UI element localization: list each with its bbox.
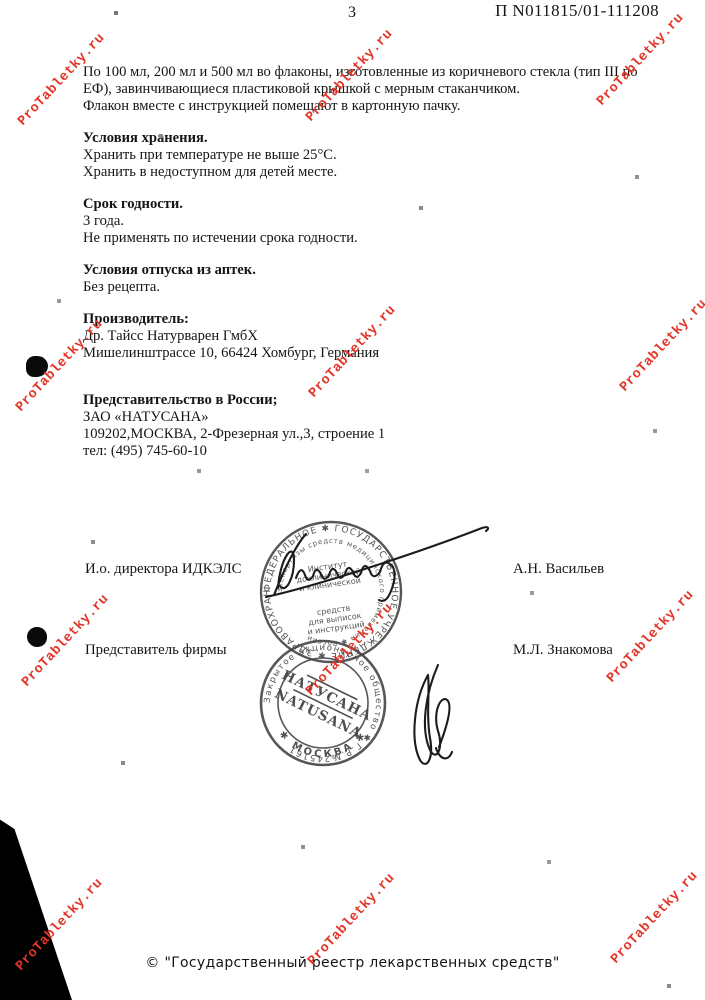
text-line: тел: (495) 745-60-10 xyxy=(83,443,663,460)
document-section: Условия отпуска из аптек.Без рецепта. xyxy=(83,262,663,296)
text-line: Флакон вместе с инструкцией помещают в к… xyxy=(83,98,663,115)
signature-stroke xyxy=(414,675,431,764)
document-section: Условия хранения.Хранить при температуре… xyxy=(83,130,663,181)
document-text-body: По 100 мл, 200 мл и 500 мл во флаконы, и… xyxy=(83,64,663,475)
scan-noise xyxy=(0,0,2,2)
text-line: Хранить при температуре не выше 25°С. xyxy=(83,147,663,164)
protabletky-watermark: ProTabletky.ru xyxy=(608,869,701,967)
section-heading: Производитель: xyxy=(83,311,663,328)
text-line: ЗАО «НАТУСАНА» xyxy=(83,409,663,426)
signature-stroke xyxy=(266,527,488,597)
footer-copyright: © "Государственный реестр лекарственных … xyxy=(0,955,705,971)
signoff-title: Представитель фирмы xyxy=(85,642,227,659)
text-line: По 100 мл, 200 мл и 500 мл во флаконы, и… xyxy=(83,64,663,81)
section-heading: Условия отпуска из аптек. xyxy=(83,262,663,279)
natusana-round-stamp: Закрытое акционерное общество ✱ Г.Р.№245… xyxy=(256,636,390,770)
scan-black-corner xyxy=(0,814,72,1000)
text-line: Без рецепта. xyxy=(83,279,663,296)
document-section: Производитель:Др. Тайсс Натурварен ГмбХМ… xyxy=(83,311,663,362)
registration-number: П N011815/01-111208 xyxy=(495,1,659,21)
text-line: Не применять по истечении срока годности… xyxy=(83,230,663,247)
section-heading: Срок годности. xyxy=(83,196,663,213)
document-section: По 100 мл, 200 мл и 500 мл во флаконы, и… xyxy=(83,64,663,115)
text-line: Мишелинштрассе 10, 66424 Хомбург, Герман… xyxy=(83,345,663,362)
page-number: 3 xyxy=(348,4,356,22)
protabletky-watermark: ProTabletky.ru xyxy=(604,588,697,686)
text-line: ЕФ), завинчивающиеся пластиковой крышкой… xyxy=(83,81,663,98)
document-section: Представительство в России;ЗАО «НАТУСАНА… xyxy=(83,392,663,460)
signoff-name: А.Н. Васильев xyxy=(513,561,604,578)
text-line: 109202,МОСКВА, 2-Фрезерная ул.,3, строен… xyxy=(83,426,663,443)
document-section: Срок годности.3 года.Не применять по ист… xyxy=(83,196,663,247)
ink-blot xyxy=(26,356,48,377)
section-heading: Представительство в России; xyxy=(83,392,663,409)
text-line: Др. Тайсс Натурварен ГмбХ xyxy=(83,328,663,345)
representative-signature xyxy=(388,650,483,775)
signature-stroke xyxy=(296,563,395,601)
text-line: Хранить в недоступном для детей месте. xyxy=(83,164,663,181)
director-signature xyxy=(250,500,500,620)
section-heading: Условия хранения. xyxy=(83,130,663,147)
signoff-name: М.Л. Знакомова xyxy=(513,642,613,659)
signoff-title: И.о. директора ИДКЭЛС xyxy=(85,561,242,578)
scanned-document-page: 3 П N011815/01-111208 По 100 мл, 200 мл … xyxy=(0,0,705,1000)
ink-blot xyxy=(27,627,47,647)
text-line: 3 года. xyxy=(83,213,663,230)
